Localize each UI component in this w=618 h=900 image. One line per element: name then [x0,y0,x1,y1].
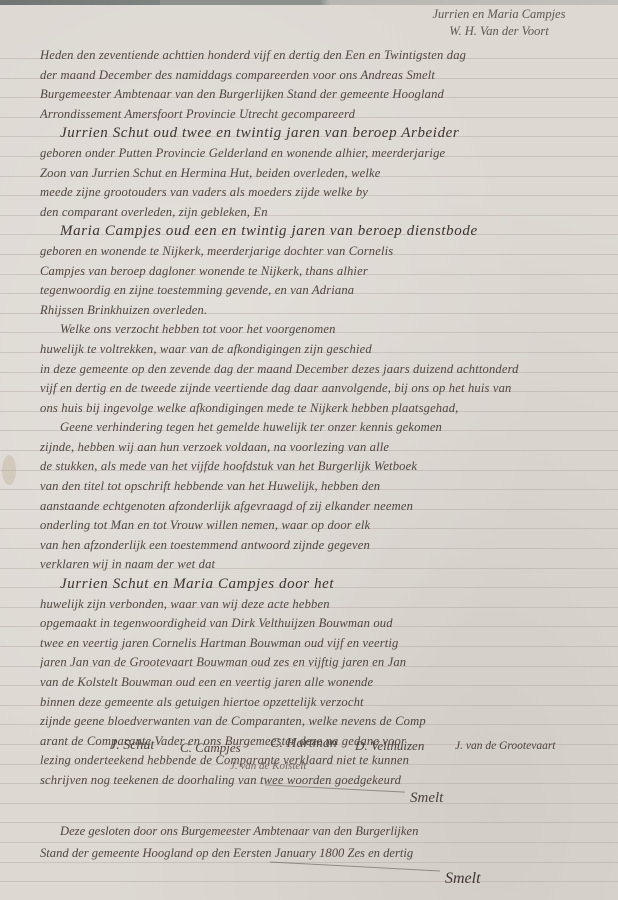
signature-father: C. Campjes [180,740,241,756]
record-line: onderling tot Man en tot Vrouw willen ne… [40,516,610,536]
final-signature: Smelt [445,870,481,888]
record-line: der maand December des namiddags compare… [40,66,610,86]
signature-flourish [265,784,405,792]
record-line: geboren onder Putten Provincie Gelderlan… [40,144,610,164]
record-line: jaren Jan van de Grootevaart Bouwman oud… [40,653,610,673]
record-line: van de Kolstelt Bouwman oud een en veert… [40,673,610,693]
closing-statement: Deze gesloten door ons Burgemeester Ambt… [40,820,610,864]
signature-witness-3: J. van de Grootevaart [455,740,556,752]
signature-mayor: Smelt [410,790,443,807]
record-line: tegenwoordig en zijne toestemming gevend… [40,281,610,301]
header-note-line: W. H. Van der Voort [394,23,604,40]
record-line: vijf en dertig en de tweede zijnde veert… [40,379,610,399]
record-line: huwelijk zijn verbonden, waar van wij de… [40,595,610,615]
record-line: huwelijk te voltrekken, waar van de afko… [40,340,610,360]
signature-groom: J. Schut [110,738,154,754]
closing-line: Deze gesloten door ons Burgemeester Ambt… [40,820,610,842]
document-scan: Jurrien en Maria Campjes W. H. Van der V… [0,0,618,900]
record-line: Heden den zeventiende achttien honderd v… [40,46,610,66]
record-line: verklaren wij in naam der wet dat [40,555,610,575]
record-line: zijnde geene bloedverwanten van de Compa… [40,712,610,732]
header-note-line: Jurrien en Maria Campjes [394,6,604,23]
signature-witness-2: D. Velthuizen [355,738,424,754]
record-line: van hen afzonderlijk een toestemmend ant… [40,536,610,556]
header-note: Jurrien en Maria Campjes W. H. Van der V… [394,6,604,40]
record-line: twee en veertig jaren Cornelis Hartman B… [40,634,610,654]
record-line: den comparant overleden, zijn gebleken, … [40,203,610,223]
record-line: aanstaande echtgenoten afzonderlijk afge… [40,497,610,517]
record-line: de stukken, als mede van het vijfde hoof… [40,457,610,477]
ruled-line [0,881,618,882]
record-line: opgemaakt in tegenwoordigheid van Dirk V… [40,614,610,634]
record-line: van den titel tot opschrift hebbende van… [40,477,610,497]
scan-top-edge [0,0,618,5]
signature-witness-1: C. Hartman [270,736,337,752]
record-line: meede zijne grootouders van vaders als m… [40,183,610,203]
record-body: Heden den zeventiende achttien honderd v… [40,46,610,791]
record-line: in deze gemeente op den zevende dag der … [40,360,610,380]
signature-witness-4: J. van de Kolstelt [230,760,306,772]
record-line: geboren en wonende te Nijkerk, meerderja… [40,242,610,262]
record-line: Rhijssen Brinkhuizen overleden. [40,301,610,321]
party-name-line: Jurrien Schut oud twee en twintig jaren … [40,124,610,144]
record-line: Arrondissement Amersfoort Provincie Utre… [40,105,610,125]
record-line: Campjes van beroep dagloner wonende te N… [40,262,610,282]
record-line: Geene verhindering tegen het gemelde huw… [40,418,610,438]
record-line: ons huis bij ingevolge welke afkondiging… [40,399,610,419]
closing-line: Stand der gemeente Hoogland op den Eerst… [40,842,610,864]
party-name-line: Jurrien Schut en Maria Campjes door het [40,575,610,595]
record-line: Burgemeester Ambtenaar van den Burgerlij… [40,85,610,105]
signature-block: J. Schut C. Campjes C. Hartman D. Velthu… [110,738,610,818]
record-line: binnen deze gemeente als getuigen hierto… [40,693,610,713]
record-line: Zoon van Jurrien Schut en Hermina Hut, b… [40,164,610,184]
party-name-line: Maria Campjes oud een en twintig jaren v… [40,222,610,242]
record-line: zijnde, hebben wij aan hun verzoek volda… [40,438,610,458]
record-line: Welke ons verzocht hebben tot voor het v… [40,320,610,340]
